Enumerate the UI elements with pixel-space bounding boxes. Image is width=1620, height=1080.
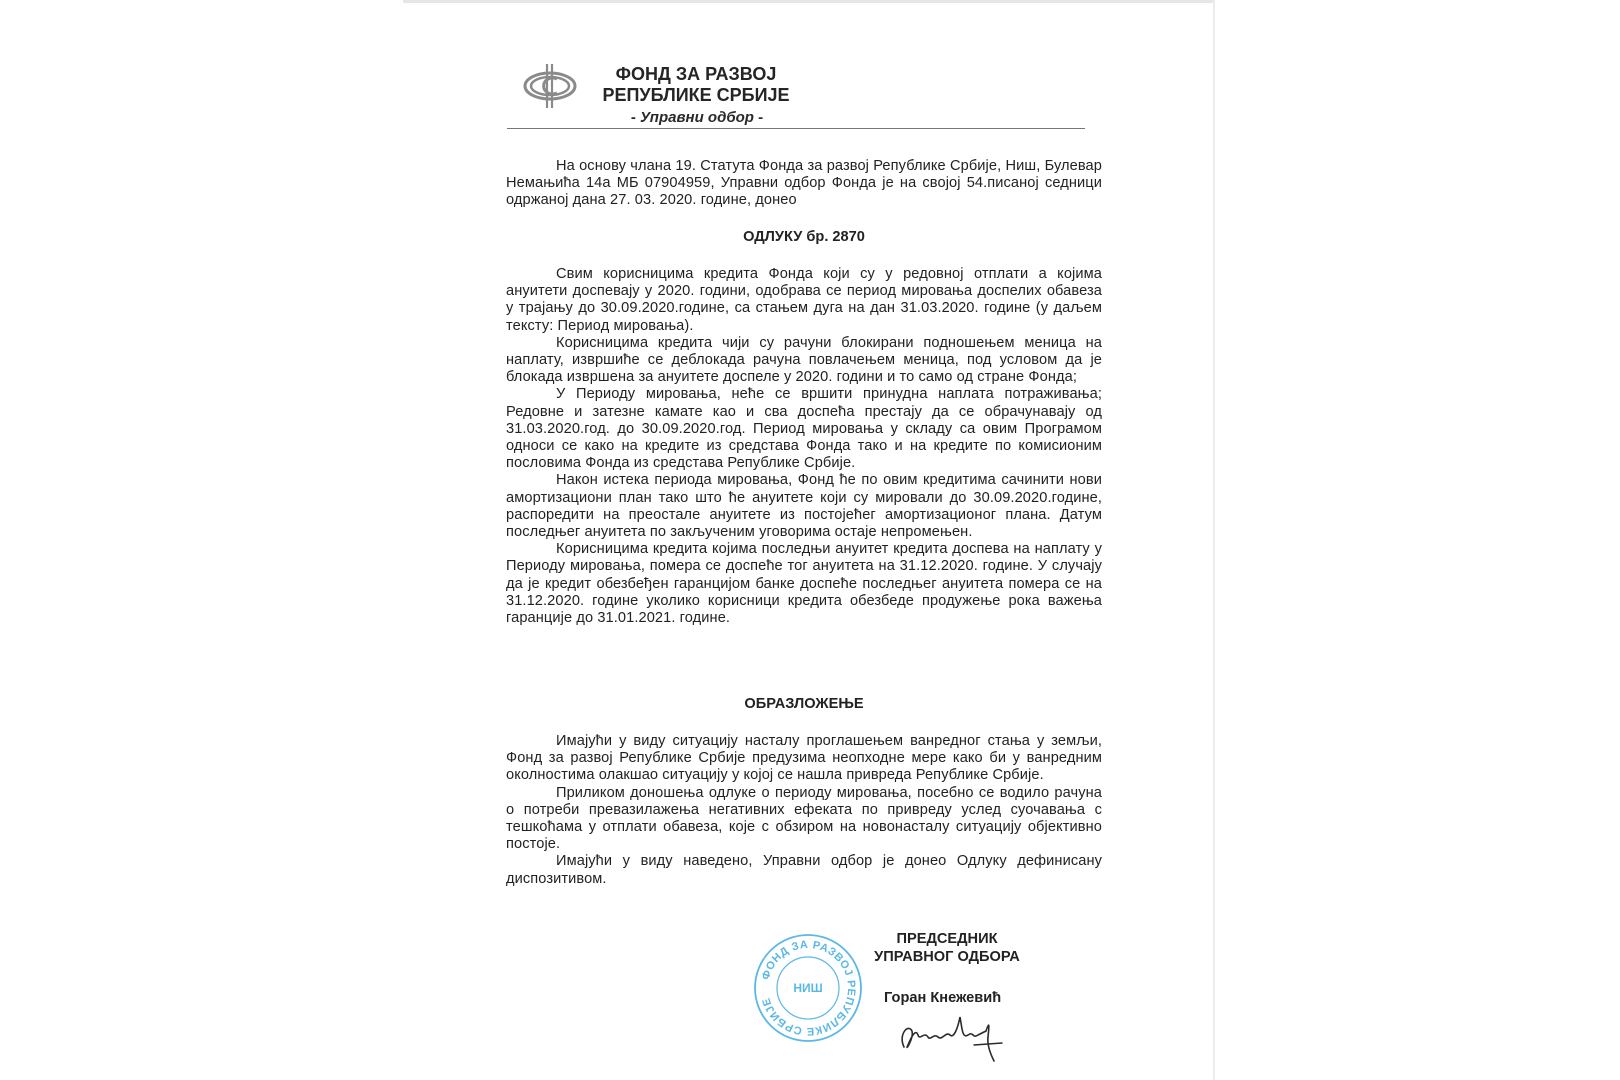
org-name: ФОНД ЗА РАЗВОЈ РЕПУБЛИКЕ СРБИЈЕ xyxy=(591,64,801,106)
rationale-paragraph: Имајући у виду наведено, Управни одбор ј… xyxy=(506,853,1102,887)
decision-body: Свим корисницима кредита Фонда који су у… xyxy=(506,266,1102,627)
signatory-title: ПРЕДСЕДНИК УПРАВНОГ ОДБОРА xyxy=(862,930,1032,966)
decision-paragraph: Свим корисницима кредита Фонда који су у… xyxy=(506,266,1102,335)
org-name-line1: ФОНД ЗА РАЗВОЈ xyxy=(591,64,801,85)
rationale-title-wrap: ОБРАЗЛОЖЕЊЕ xyxy=(506,696,1102,713)
board-name: - Управни одбор - xyxy=(607,109,787,126)
decision-title-wrap: ОДЛУКУ бр. 2870 xyxy=(506,229,1102,246)
page-top-edge xyxy=(403,0,1215,3)
decision-paragraph: У Периоду мировања, неће се вршити прину… xyxy=(506,386,1102,472)
decision-title: ОДЛУКУ бр. 2870 xyxy=(506,229,1102,246)
org-name-line2: РЕПУБЛИКЕ СРБИЈЕ xyxy=(591,85,801,106)
fond-logo-icon xyxy=(521,62,579,110)
preamble-text: На основу члана 19. Статута Фонда за раз… xyxy=(506,158,1102,210)
stamp-center-text: НИШ xyxy=(793,981,822,995)
signatory-title-line2: УПРАВНОГ ОДБОРА xyxy=(862,948,1032,966)
rationale-body: Имајући у виду ситуацију насталу проглаш… xyxy=(506,733,1102,888)
handwritten-signature xyxy=(890,1005,1010,1065)
rationale-paragraph: Имајући у виду ситуацију насталу проглаш… xyxy=(506,733,1102,785)
header-divider xyxy=(507,128,1085,129)
letterhead: ФОНД ЗА РАЗВОЈ РЕПУБЛИКЕ СРБИЈЕ - Управн… xyxy=(505,60,1085,130)
decision-paragraph: Корисницима кредита чији су рачуни блоки… xyxy=(506,335,1102,387)
rationale-title: ОБРАЗЛОЖЕЊЕ xyxy=(506,696,1102,713)
page-right-edge xyxy=(1213,0,1215,1080)
official-stamp: ФОНД ЗА РАЗВОЈ РЕПУБЛИКЕ СРБИЈЕ НИШ xyxy=(752,932,864,1044)
preamble: На основу члана 19. Статута Фонда за раз… xyxy=(506,158,1102,210)
signatory-name: Горан Кнежевић xyxy=(884,990,1024,1006)
rationale-paragraph: Приликом доношења одлуке о периоду миров… xyxy=(506,785,1102,854)
decision-paragraph: Након истека периода мировања, Фонд ће п… xyxy=(506,472,1102,541)
signatory-title-line1: ПРЕДСЕДНИК xyxy=(862,930,1032,948)
decision-paragraph: Корисницима кредита којима последњи ануи… xyxy=(506,541,1102,627)
